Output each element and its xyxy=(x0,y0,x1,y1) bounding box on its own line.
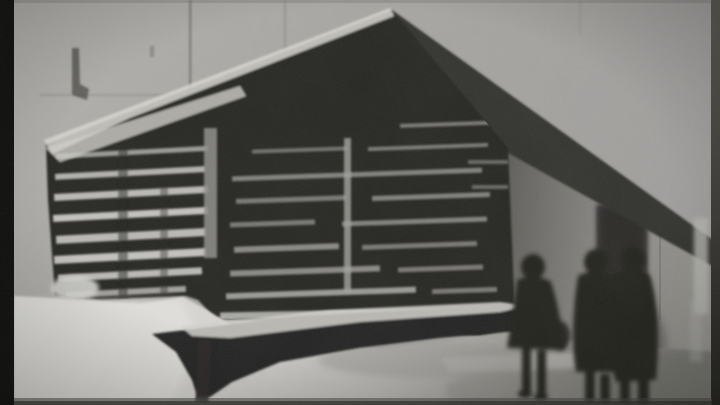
archival-film-still: Black-and-white archival film still of a… xyxy=(0,0,720,405)
film-still-canvas xyxy=(0,0,720,405)
vignette-overlay xyxy=(0,0,720,405)
